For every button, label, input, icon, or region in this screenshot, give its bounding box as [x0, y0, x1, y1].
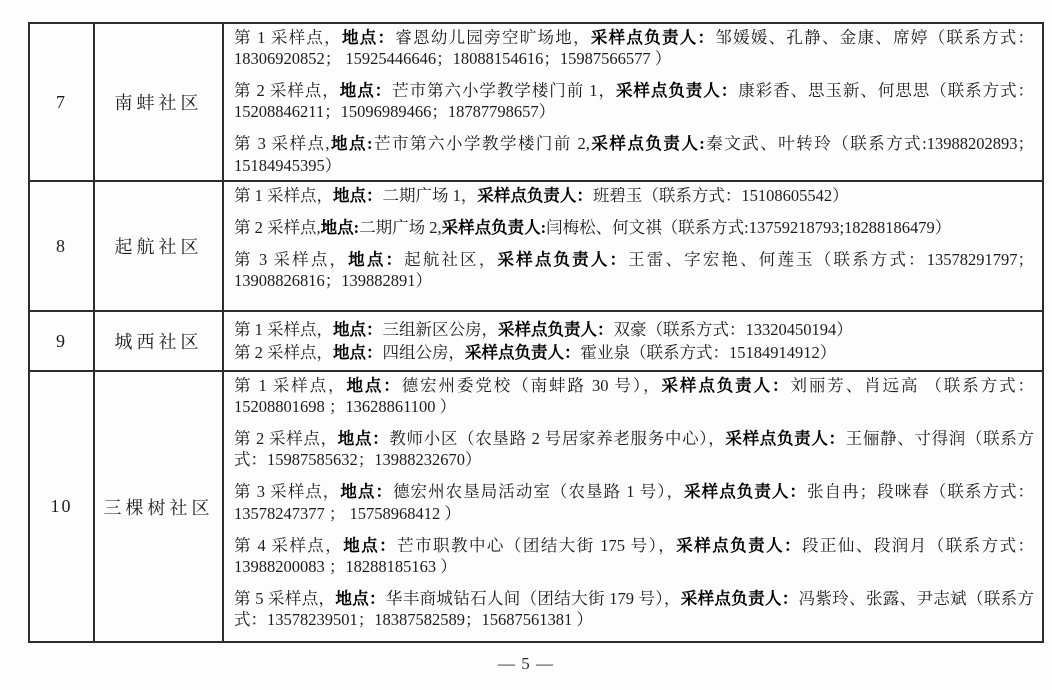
location-label: 地点：	[333, 343, 383, 362]
sampling-point-entry: 第 2 采样点，地点：芒市第六小学教学楼门前 1，采样点负责人：康彩香、思玉新、…	[234, 80, 1034, 122]
location-label: 地点：	[333, 320, 383, 339]
sampling-point-seq: 第 2 采样点，	[234, 81, 340, 100]
sampling-points-cell: 第 1 采样点，地点：德宏州委党校（南蚌路 30 号），采样点负责人：刘丽芳、肖…	[224, 372, 1042, 641]
location-label: 地点：	[335, 589, 386, 608]
sampling-point-seq: 第 1 采样点，	[234, 28, 342, 47]
location-text: 教师小区（农垦路 2 号居家养老服务中心），	[389, 429, 725, 448]
sampling-point-entry: 第 4 采样点，地点：芒市职教中心（团结大街 175 号），采样点负责人：段正仙…	[234, 535, 1034, 577]
responsible-person-label: 采样点负责人：	[477, 186, 593, 205]
location-text: 四组公房，	[383, 343, 466, 362]
location-text: 二期广场 1，	[383, 186, 478, 205]
sampling-point-seq: 第 3 采样点,	[234, 134, 330, 153]
location-text: 华丰商城钻石人间（团结大街 179 号），	[386, 589, 681, 608]
location-text: 芒市职教中心（团结大街 175 号），	[397, 536, 676, 555]
location-label: 地点：	[343, 536, 397, 555]
location-label: 地点：	[340, 81, 392, 100]
sampling-point-entry: 第 5 采样点，地点：华丰商城钻石人间（团结大街 179 号），采样点负责人：冯…	[234, 588, 1034, 630]
sampling-point-seq: 第 5 采样点，	[234, 589, 335, 608]
responsible-person-label: 采样点负责人：	[681, 589, 799, 608]
responsible-person-label: 采样点负责人：	[465, 343, 581, 362]
table-row: 8起航社区第 1 采样点，地点：二期广场 1，采样点负责人：班碧玉（联系方式：1…	[30, 180, 1042, 310]
community-name-cell: 三棵树社区	[95, 372, 224, 641]
responsible-person-label: 采样点负责人：	[725, 429, 845, 448]
row-number-cell: 7	[30, 24, 95, 180]
sampling-point-entry: 第 1 采样点，地点：睿恩幼儿园旁空旷场地，采样点负责人：邹媛媛、孔静、金康、席…	[234, 27, 1034, 69]
responsible-person-label: 采样点负责人：	[498, 320, 614, 339]
responsible-person-text: 闫梅松、何文祺（联系方式:13759218793;18288186479）	[546, 218, 951, 237]
responsible-person-label: 采样点负责人:	[442, 218, 547, 237]
sampling-point-seq: 第 2 采样点，	[234, 343, 333, 362]
location-label: 地点：	[340, 482, 393, 501]
responsible-person-text: 双豪（联系方式：13320450194）	[614, 320, 853, 339]
table-row: 7南蚌社区第 1 采样点，地点：睿恩幼儿园旁空旷场地，采样点负责人：邹媛媛、孔静…	[30, 24, 1042, 180]
sampling-point-entry: 第 1 采样点，地点：三组新区公房，采样点负责人：双豪（联系方式：1332045…	[234, 319, 1034, 340]
sampling-point-entry: 第 3 采样点,地点:芒市第六小学教学楼门前 2,采样点负责人:秦文武、叶转玲（…	[234, 133, 1034, 175]
location-text: 德宏州农垦局活动室（农垦路 1 号），	[393, 482, 684, 501]
location-text: 二期广场 2,	[359, 218, 442, 237]
row-number-cell: 9	[30, 312, 95, 370]
location-label: 地点：	[333, 186, 383, 205]
sampling-point-seq: 第 3 采样点，	[234, 482, 340, 501]
sampling-point-seq: 第 4 采样点，	[234, 536, 343, 555]
responsible-person-text: 霍业泉（联系方式：15184914912）	[581, 343, 837, 362]
location-text: 芒市第六小学教学楼门前 1，	[392, 81, 616, 100]
community-name-cell: 起航社区	[95, 182, 224, 310]
sampling-point-entry: 第 2 采样点，地点：教师小区（农垦路 2 号居家养老服务中心），采样点负责人：…	[234, 428, 1034, 470]
responsible-person-text: 班碧玉（联系方式：15108605542）	[593, 186, 849, 205]
location-text: 起航社区，	[404, 250, 497, 269]
location-label: 地点:	[330, 134, 373, 153]
location-text: 睿恩幼儿园旁空旷场地，	[395, 28, 591, 47]
community-name-cell: 南蚌社区	[95, 24, 224, 180]
responsible-person-label: 采样点负责人：	[684, 482, 807, 501]
table-row: 10三棵树社区第 1 采样点，地点：德宏州委党校（南蚌路 30 号），采样点负责…	[30, 370, 1042, 641]
responsible-person-label: 采样点负责人：	[616, 81, 738, 100]
page-number: — 5 —	[0, 654, 1052, 674]
responsible-person-label: 采样点负责人:	[590, 134, 705, 153]
sampling-point-seq: 第 1 采样点，	[234, 320, 333, 339]
sampling-points-cell: 第 1 采样点，地点：二期广场 1，采样点负责人：班碧玉（联系方式：151086…	[224, 182, 1042, 310]
sampling-point-seq: 第 2 采样点,	[234, 218, 321, 237]
sampling-points-cell: 第 1 采样点，地点：睿恩幼儿园旁空旷场地，采样点负责人：邹媛媛、孔静、金康、席…	[224, 24, 1042, 180]
table-row: 9城西社区第 1 采样点，地点：三组新区公房，采样点负责人：双豪（联系方式：13…	[30, 310, 1042, 370]
responsible-person-label: 采样点负责人：	[676, 536, 802, 555]
sampling-point-seq: 第 1 采样点，	[234, 186, 333, 205]
sampling-point-entry: 第 2 采样点，地点：四组公房，采样点负责人：霍业泉（联系方式：15184914…	[234, 342, 1034, 363]
sampling-point-entry: 第 3 采样点，地点：起航社区，采样点负责人：王雷、字宏艳、何莲玉（联系方式：1…	[234, 249, 1034, 291]
location-text: 芒市第六小学教学楼门前 2,	[373, 134, 590, 153]
responsible-person-label: 采样点负责人：	[662, 376, 791, 395]
location-text: 三组新区公房，	[383, 320, 499, 339]
location-text: 德宏州委党校（南蚌路 30 号），	[402, 376, 662, 395]
responsible-person-label: 采样点负责人：	[497, 250, 628, 269]
location-label: 地点：	[348, 250, 404, 269]
community-name-cell: 城西社区	[95, 312, 224, 370]
sampling-point-seq: 第 2 采样点，	[234, 429, 338, 448]
row-number-cell: 10	[30, 372, 95, 641]
responsible-person-label: 采样点负责人：	[591, 28, 715, 47]
sampling-points-cell: 第 1 采样点，地点：三组新区公房，采样点负责人：双豪（联系方式：1332045…	[224, 312, 1042, 370]
sampling-point-entry: 第 1 采样点，地点：德宏州委党校（南蚌路 30 号），采样点负责人：刘丽芳、肖…	[234, 375, 1034, 417]
document-page: 7南蚌社区第 1 采样点，地点：睿恩幼儿园旁空旷场地，采样点负责人：邹媛媛、孔静…	[0, 0, 1052, 690]
sampling-point-seq: 第 3 采样点，	[234, 250, 348, 269]
sampling-point-seq: 第 1 采样点，	[234, 376, 346, 395]
sampling-point-entry: 第 1 采样点，地点：二期广场 1，采样点负责人：班碧玉（联系方式：151086…	[234, 185, 1034, 206]
row-number-cell: 8	[30, 182, 95, 310]
location-label: 地点：	[342, 28, 395, 47]
sampling-point-entry: 第 3 采样点，地点：德宏州农垦局活动室（农垦路 1 号），采样点负责人：张自冉…	[234, 481, 1034, 523]
location-label: 地点：	[338, 429, 390, 448]
location-label: 地点：	[346, 376, 401, 395]
sampling-points-table: 7南蚌社区第 1 采样点，地点：睿恩幼儿园旁空旷场地，采样点负责人：邹媛媛、孔静…	[28, 22, 1044, 643]
location-label: 地点:	[321, 218, 360, 237]
sampling-point-entry: 第 2 采样点,地点:二期广场 2,采样点负责人:闫梅松、何文祺（联系方式:13…	[234, 217, 1034, 238]
